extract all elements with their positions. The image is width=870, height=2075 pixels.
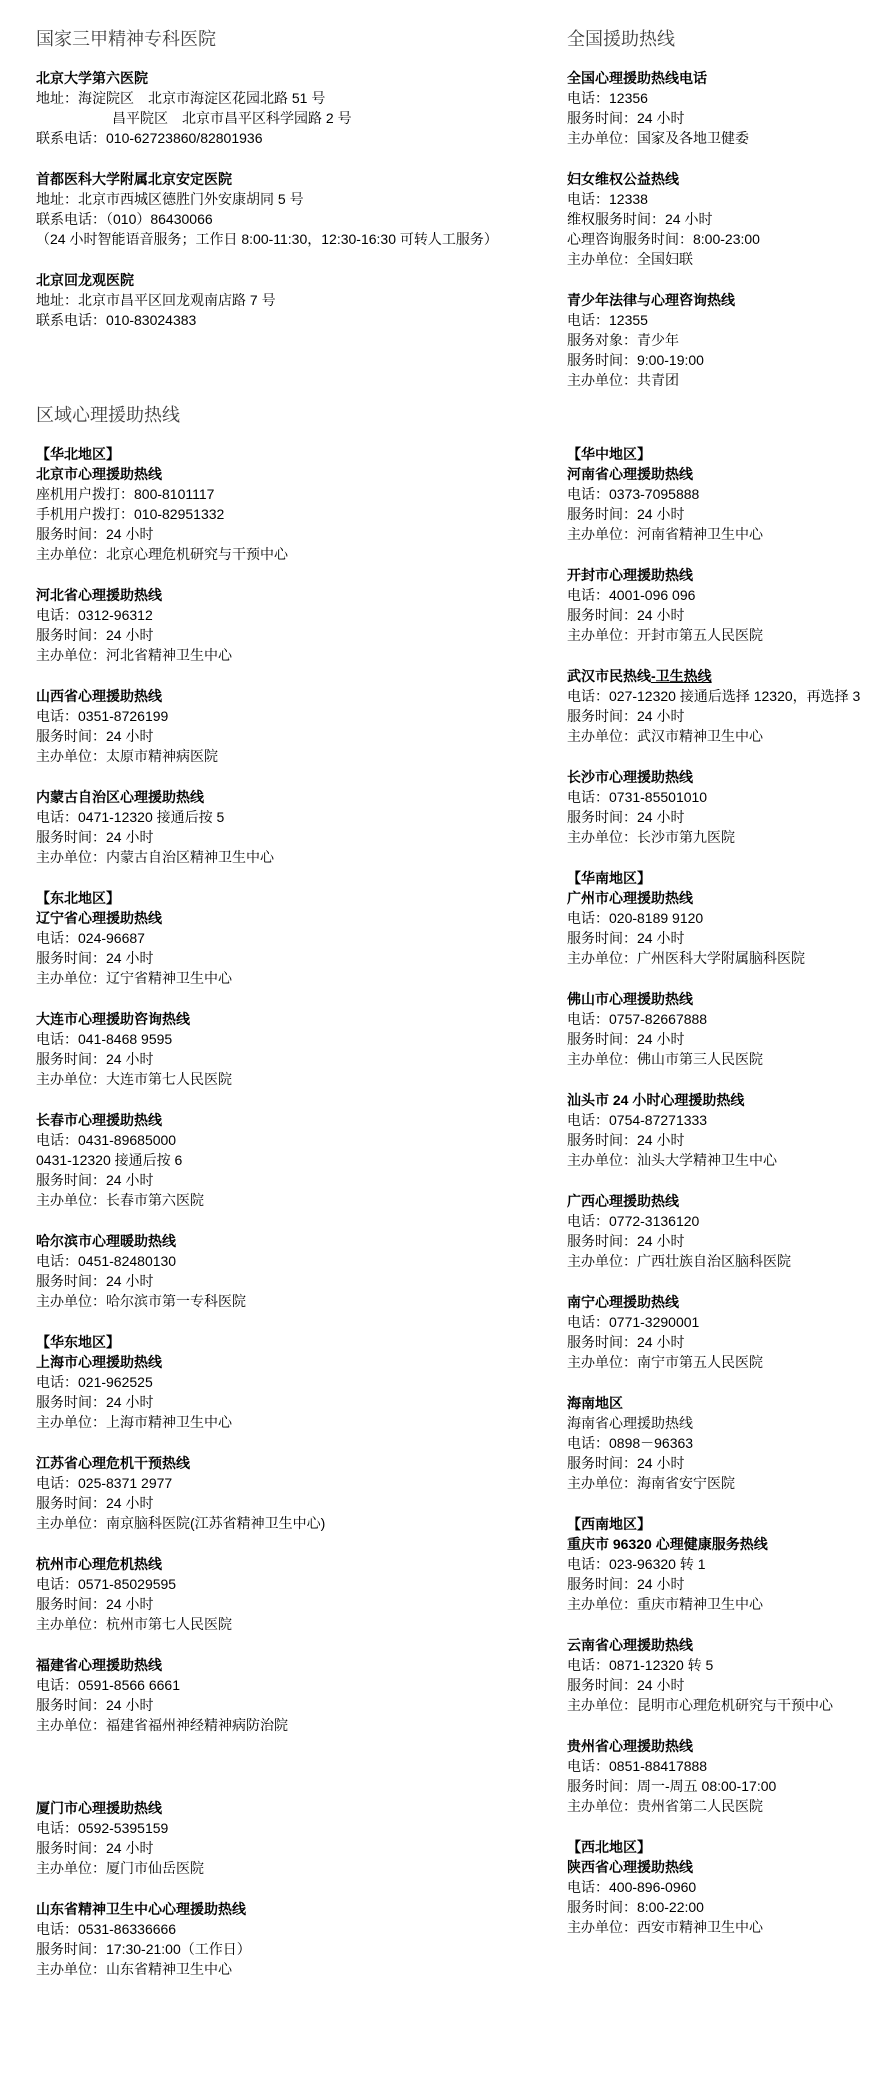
hotline-line: 电话：0851-88417888 <box>567 1756 867 1776</box>
region-label: 【西南地区】 <box>567 1514 867 1534</box>
hotline-line: 电话：0754-87271333 <box>567 1110 867 1130</box>
section-heading-national: 全国援助热线 <box>567 26 867 52</box>
hotline-entry: 开封市心理援助热线电话：4001-096 096服务时间：24 小时主办单位：开… <box>567 565 867 645</box>
hotline-title-text: 河北省心理援助热线 <box>36 587 162 603</box>
hotline-line: 联系电话：010-62723860/82801936 <box>36 128 466 148</box>
hotline-line: 维权服务时间：24 小时 <box>567 209 867 229</box>
hotline-line: 服务时间：24 小时 <box>36 1170 466 1190</box>
hotline-line: 主办单位：北京心理危机研究与干预中心 <box>36 544 466 564</box>
region-group: 【东北地区】辽宁省心理援助热线电话：024-96687服务时间：24 小时主办单… <box>36 888 466 1311</box>
hotline-title: 上海市心理援助热线 <box>36 1352 466 1372</box>
hotline-line: 电话：0351-8726199 <box>36 706 466 726</box>
hotline-line: 主办单位：汕头大学精神卫生中心 <box>567 1150 867 1170</box>
hotline-title-text: 厦门市心理援助热线 <box>36 1800 162 1816</box>
hotline-line: 电话：0471-12320 接通后按 5 <box>36 807 466 827</box>
hotline-title-text: 开封市心理援助热线 <box>567 567 693 583</box>
hotline-line: 服务时间：24 小时 <box>36 1271 466 1291</box>
hotline-line: 电话：12356 <box>567 88 867 108</box>
hotline-line: 服务时间：24 小时 <box>36 948 466 968</box>
hotline-line: 服务时间：24 小时 <box>567 605 867 625</box>
hotline-line: 主办单位：海南省安宁医院 <box>567 1473 867 1493</box>
hotline-line: 电话：0871-12320 转 5 <box>567 1655 867 1675</box>
hotline-title: 重庆市 96320 心理健康服务热线 <box>567 1534 867 1554</box>
hotline-title-text: 北京市心理援助热线 <box>36 466 162 482</box>
hotline-title-text: 内蒙古自治区心理援助热线 <box>36 789 204 805</box>
hotline-line: 服务时间：24 小时 <box>567 1029 867 1049</box>
hotline-title-text: 辽宁省心理援助热线 <box>36 910 162 926</box>
hotline-line: 主办单位：山东省精神卫生中心 <box>36 1959 466 1979</box>
hotline-line: 电话：0591-8566 6661 <box>36 1675 466 1695</box>
hotline-line: 服务时间：24 小时 <box>36 1049 466 1069</box>
hotline-line: 电话：0771-3290001 <box>567 1312 867 1332</box>
hotline-line: 地址：北京市昌平区回龙观南店路 7 号 <box>36 290 466 310</box>
hotline-line: 电话：025-8371 2977 <box>36 1473 466 1493</box>
hotline-title-text: 海南省心理援助热线 <box>567 1415 693 1431</box>
hotline-title-text: 广西心理援助热线 <box>567 1193 679 1209</box>
hotline-entry: 杭州市心理危机热线电话：0571-85029595服务时间：24 小时主办单位：… <box>36 1554 466 1634</box>
hotline-line: 地址：北京市西城区德胜门外安康胡同 5 号 <box>36 189 466 209</box>
hotline-line: 联系电话：（010）86430066 <box>36 209 466 229</box>
hotline-entry: 河南省心理援助热线电话：0373-7095888服务时间：24 小时主办单位：河… <box>567 464 867 544</box>
hotline-entry: 陕西省心理援助热线电话：400-896-0960服务时间：8:00-22:00主… <box>567 1857 867 1937</box>
hotline-title-text: 贵州省心理援助热线 <box>567 1738 693 1754</box>
hotline-title: 首都医科大学附属北京安定医院 <box>36 169 466 189</box>
hotline-line: 电话：400-896-0960 <box>567 1877 867 1897</box>
hotline-entry: 哈尔滨市心理暖助热线电话：0451-82480130服务时间：24 小时主办单位… <box>36 1231 466 1311</box>
hotline-title: 北京回龙观医院 <box>36 270 466 290</box>
hotline-line: 服务时间：24 小时 <box>36 1838 466 1858</box>
hotline-title-text: 长沙市心理援助热线 <box>567 769 693 785</box>
hotline-title: 福建省心理援助热线 <box>36 1655 466 1675</box>
hotline-entry: 辽宁省心理援助热线电话：024-96687服务时间：24 小时主办单位：辽宁省精… <box>36 908 466 988</box>
hotline-title: 河南省心理援助热线 <box>567 464 867 484</box>
hotline-line: 主办单位：厦门市仙岳医院 <box>36 1858 466 1878</box>
hotline-title-text: 青少年法律与心理咨询热线 <box>567 292 735 308</box>
hotline-title: 河北省心理援助热线 <box>36 585 466 605</box>
hotline-line: 主办单位：河北省精神卫生中心 <box>36 645 466 665</box>
section-heading-regional: 区域心理援助热线 <box>36 402 466 428</box>
hotline-entry: 北京市心理援助热线座机用户拨打：800-8101117手机用户拨打：010-82… <box>36 464 466 564</box>
section-heading-hospitals: 国家三甲精神专科医院 <box>36 26 466 52</box>
hotline-line: 主办单位：河南省精神卫生中心 <box>567 524 867 544</box>
hotline-title: 长沙市心理援助热线 <box>567 767 867 787</box>
hotline-line: 服务时间：周一-周五 08:00-17:00 <box>567 1776 867 1796</box>
hospital-list: 北京大学第六医院地址：海淀院区 北京市海淀区花园北路 51 号昌平院区 北京市昌… <box>36 68 466 330</box>
hotline-line: 服务时间：24 小时 <box>567 504 867 524</box>
hotline-line: 电话：0312-96312 <box>36 605 466 625</box>
hotline-line: 主办单位：南京脑科医院(江苏省精神卫生中心) <box>36 1513 466 1533</box>
hotline-line: 主办单位：武汉市精神卫生中心 <box>567 726 867 746</box>
hotline-title-text: 大连市心理援助咨询热线 <box>36 1011 190 1027</box>
hotline-line: 电话：0571-85029595 <box>36 1574 466 1594</box>
hotline-title: 北京大学第六医院 <box>36 68 466 88</box>
hotline-line: 电话：0592-5395159 <box>36 1818 466 1838</box>
hotline-title: 全国心理援助热线电话 <box>567 68 867 88</box>
hotline-line: 主办单位：全国妇联 <box>567 249 867 269</box>
hotline-line: 服务时间：24 小时 <box>36 726 466 746</box>
hotline-line: 主办单位：昆明市心理危机研究与干预中心 <box>567 1695 867 1715</box>
hotline-entry: 广西心理援助热线电话：0772-3136120服务时间：24 小时主办单位：广西… <box>567 1191 867 1271</box>
hotline-entry: 广州市心理援助热线电话：020-8189 9120服务时间：24 小时主办单位：… <box>567 888 867 968</box>
hotline-entry: 内蒙古自治区心理援助热线电话：0471-12320 接通后按 5服务时间：24 … <box>36 787 466 867</box>
hotline-line: 服务时间：24 小时 <box>567 928 867 948</box>
document-page: 国家三甲精神专科医院 北京大学第六医院地址：海淀院区 北京市海淀区花园北路 51… <box>0 0 870 2075</box>
hotline-line: 服务时间：24 小时 <box>567 1332 867 1352</box>
hotline-title-text: 北京大学第六医院 <box>36 70 148 86</box>
hotline-line: 服务时间：24 小时 <box>36 1493 466 1513</box>
hotline-line: 主办单位：太原市精神病医院 <box>36 746 466 766</box>
hotline-line: 电话：021-962525 <box>36 1372 466 1392</box>
hotline-line: 主办单位：西安市精神卫生中心 <box>567 1917 867 1937</box>
hotline-title: 广西心理援助热线 <box>567 1191 867 1211</box>
national-hotline-list: 全国心理援助热线电话电话：12356服务时间：24 小时主办单位：国家及各地卫健… <box>567 68 867 390</box>
hotline-line: 电话：0731-85501010 <box>567 787 867 807</box>
hotline-line: 主办单位：长沙市第九医院 <box>567 827 867 847</box>
hotline-line: 服务时间：24 小时 <box>567 108 867 128</box>
hotline-entry: 厦门市心理援助热线电话：0592-5395159服务时间：24 小时主办单位：厦… <box>36 1798 466 1878</box>
hotline-line: 电话：12355 <box>567 310 867 330</box>
hotline-entry: 福建省心理援助热线电话：0591-8566 6661服务时间：24 小时主办单位… <box>36 1655 466 1735</box>
hotline-entry: 山东省精神卫生中心心理援助热线电话：0531-86336666服务时间：17:3… <box>36 1899 466 1979</box>
hotline-title: 长春市心理援助热线 <box>36 1110 466 1130</box>
hotline-line: 主办单位：南宁市第五人民医院 <box>567 1352 867 1372</box>
hotline-line: 服务时间：24 小时 <box>567 1453 867 1473</box>
hotline-line: 电话：12338 <box>567 189 867 209</box>
hotline-line: 服务时间：24 小时 <box>567 1675 867 1695</box>
hotline-entry: 北京大学第六医院地址：海淀院区 北京市海淀区花园北路 51 号昌平院区 北京市昌… <box>36 68 466 148</box>
hotline-line: 电话：0531-86336666 <box>36 1919 466 1939</box>
section-gap <box>567 411 867 444</box>
entry-gap <box>36 1756 466 1798</box>
hotline-title-text: 山东省精神卫生中心心理援助热线 <box>36 1901 246 1917</box>
hotline-line: 座机用户拨打：800-8101117 <box>36 484 466 504</box>
hotline-entry: 大连市心理援助咨询热线电话：041-8468 9595服务时间：24 小时主办单… <box>36 1009 466 1089</box>
hotline-title-text: 杭州市心理危机热线 <box>36 1556 162 1572</box>
hotline-line: 电话：023-96320 转 1 <box>567 1554 867 1574</box>
hotline-title: 厦门市心理援助热线 <box>36 1798 466 1818</box>
hotline-line: 服务时间：24 小时 <box>36 625 466 645</box>
hotline-title: 江苏省心理危机干预热线 <box>36 1453 466 1473</box>
hotline-entry: 妇女维权公益热线电话：12338维权服务时间：24 小时心理咨询服务时间：8:0… <box>567 169 867 269</box>
hotline-entry: 云南省心理援助热线电话：0871-12320 转 5服务时间：24 小时主办单位… <box>567 1635 867 1715</box>
hotline-title: 辽宁省心理援助热线 <box>36 908 466 928</box>
hotline-title-text: 山西省心理援助热线 <box>36 688 162 704</box>
hotline-entry: 江苏省心理危机干预热线电话：025-8371 2977服务时间：24 小时主办单… <box>36 1453 466 1533</box>
hotline-line: 联系电话：010-83024383 <box>36 310 466 330</box>
hotline-line: 服务时间：24 小时 <box>36 524 466 544</box>
hotline-title: 杭州市心理危机热线 <box>36 1554 466 1574</box>
hotline-line: 服务时间：24 小时 <box>567 1574 867 1594</box>
region-label: 【西北地区】 <box>567 1837 867 1857</box>
hotline-line: 电话：020-8189 9120 <box>567 908 867 928</box>
hotline-entry: 重庆市 96320 心理健康服务热线电话：023-96320 转 1服务时间：2… <box>567 1534 867 1614</box>
hotline-title-text: 妇女维权公益热线 <box>567 171 679 187</box>
region-group: 海南地区海南省心理援助热线电话：0898－96363服务时间：24 小时主办单位… <box>567 1393 867 1493</box>
region-label: 【华北地区】 <box>36 444 466 464</box>
hotline-line: 电话：0451-82480130 <box>36 1251 466 1271</box>
hotline-entry: 山西省心理援助热线电话：0351-8726199服务时间：24 小时主办单位：太… <box>36 686 466 766</box>
hotline-line: 电话：041-8468 9595 <box>36 1029 466 1049</box>
hotline-title-text: 江苏省心理危机干预热线 <box>36 1455 190 1471</box>
region-label: 【东北地区】 <box>36 888 466 908</box>
hotline-entry: 长沙市心理援助热线电话：0731-85501010服务时间：24 小时主办单位：… <box>567 767 867 847</box>
hotline-title-text: 南宁心理援助热线 <box>567 1294 679 1310</box>
hotline-line: 服务时间：24 小时 <box>36 1594 466 1614</box>
hotline-title-text: 首都医科大学附属北京安定医院 <box>36 171 232 187</box>
hotline-entry: 河北省心理援助热线电话：0312-96312服务时间：24 小时主办单位：河北省… <box>36 585 466 665</box>
hotline-title-text: 广州市心理援助热线 <box>567 890 693 906</box>
region-label: 【华中地区】 <box>567 444 867 464</box>
hotline-line: 地址：海淀院区 北京市海淀区花园北路 51 号 <box>36 88 466 108</box>
hotline-line: 服务时间：24 小时 <box>36 1392 466 1412</box>
hotline-line: 主办单位：内蒙古自治区精神卫生中心 <box>36 847 466 867</box>
hotline-line: 主办单位：重庆市精神卫生中心 <box>567 1594 867 1614</box>
region-group: 【华南地区】广州市心理援助热线电话：020-8189 9120服务时间：24 小… <box>567 868 867 1372</box>
hotline-entry: 长春市心理援助热线电话：0431-896850000431-12320 接通后按… <box>36 1110 466 1210</box>
hotline-title-text: 云南省心理援助热线 <box>567 1637 693 1653</box>
hotline-title: 山东省精神卫生中心心理援助热线 <box>36 1899 466 1919</box>
hotline-title-text: 北京回龙观医院 <box>36 272 134 288</box>
hotline-entry: 青少年法律与心理咨询热线电话：12355服务对象：青少年服务时间：9:00-19… <box>567 290 867 390</box>
hotline-title: 南宁心理援助热线 <box>567 1292 867 1312</box>
hotline-line: 电话：0431-89685000 <box>36 1130 466 1150</box>
hotline-title: 海南省心理援助热线 <box>567 1413 867 1433</box>
hotline-line: 服务时间：24 小时 <box>567 1231 867 1251</box>
hotline-line: 服务时间：24 小时 <box>567 807 867 827</box>
hotline-line: 主办单位：佛山市第三人民医院 <box>567 1049 867 1069</box>
hotline-entry: 北京回龙观医院地址：北京市昌平区回龙观南店路 7 号联系电话：010-83024… <box>36 270 466 330</box>
hotline-line: 主办单位：国家及各地卫健委 <box>567 128 867 148</box>
hotline-title: 陕西省心理援助热线 <box>567 1857 867 1877</box>
hotline-title-text: 全国心理援助热线电话 <box>567 70 707 86</box>
hotline-line: 电话：0898－96363 <box>567 1433 867 1453</box>
hotline-line: 电话：0373-7095888 <box>567 484 867 504</box>
hotline-title: 佛山市心理援助热线 <box>567 989 867 1009</box>
hotline-entry: 全国心理援助热线电话电话：12356服务时间：24 小时主办单位：国家及各地卫健… <box>567 68 867 148</box>
hotline-title: 广州市心理援助热线 <box>567 888 867 908</box>
hotline-title: 北京市心理援助热线 <box>36 464 466 484</box>
hotline-title: 汕头市 24 小时心理援助热线 <box>567 1090 867 1110</box>
hotline-line: 服务时间：17:30-21:00（工作日） <box>36 1939 466 1959</box>
hotline-line: 主办单位：长春市第六医院 <box>36 1190 466 1210</box>
hotline-title-text: 汕头市 24 小时心理援助热线 <box>567 1092 744 1108</box>
hotline-title-text: 上海市心理援助热线 <box>36 1354 162 1370</box>
hotline-line: 昌平院区 北京市昌平区科学园路 2 号 <box>36 108 466 128</box>
hotline-title: 武汉市民热线-卫生热线 <box>567 666 867 686</box>
hotline-entry: 武汉市民热线-卫生热线电话：027-12320 接通后选择 12320，再选择 … <box>567 666 867 746</box>
hotline-line: 手机用户拨打：010-82951332 <box>36 504 466 524</box>
hotline-title: 贵州省心理援助热线 <box>567 1736 867 1756</box>
regional-hotline-list-right: 【华中地区】河南省心理援助热线电话：0373-7095888服务时间：24 小时… <box>567 411 867 1937</box>
region-group: 【华东地区】上海市心理援助热线电话：021-962525服务时间：24 小时主办… <box>36 1332 466 1979</box>
left-column: 国家三甲精神专科医院 北京大学第六医院地址：海淀院区 北京市海淀区花园北路 51… <box>36 0 466 2000</box>
hotline-line: 电话：0757-82667888 <box>567 1009 867 1029</box>
hotline-title-text: 武汉市民热线 <box>567 668 651 684</box>
hotline-title-text: 福建省心理援助热线 <box>36 1657 162 1673</box>
hotline-line: 主办单位：哈尔滨市第一专科医院 <box>36 1291 466 1311</box>
hotline-line: 主办单位：贵州省第二人民医院 <box>567 1796 867 1816</box>
hotline-line: 服务时间：9:00-19:00 <box>567 350 867 370</box>
hotline-line: 电话：4001-096 096 <box>567 585 867 605</box>
hotline-line: 主办单位：辽宁省精神卫生中心 <box>36 968 466 988</box>
hotline-line: （24 小时智能语音服务；工作日 8:00-11:30，12:30-16:30 … <box>36 229 466 249</box>
hotline-line: 心理咨询服务时间：8:00-23:00 <box>567 229 867 249</box>
hotline-entry: 贵州省心理援助热线电话：0851-88417888服务时间：周一-周五 08:0… <box>567 1736 867 1816</box>
hotline-line: 主办单位：杭州市第七人民医院 <box>36 1614 466 1634</box>
right-column: 全国援助热线 全国心理援助热线电话电话：12356服务时间：24 小时主办单位：… <box>567 0 867 1958</box>
hotline-line: 主办单位：广西壮族自治区脑科医院 <box>567 1251 867 1271</box>
hotline-entry: 海南省心理援助热线电话：0898－96363服务时间：24 小时主办单位：海南省… <box>567 1413 867 1493</box>
region-group: 【华北地区】北京市心理援助热线座机用户拨打：800-8101117手机用户拨打：… <box>36 444 466 867</box>
hotline-title-underline: -卫生热线 <box>651 668 712 684</box>
hotline-line: 服务时间：24 小时 <box>36 1695 466 1715</box>
region-group: 【西南地区】重庆市 96320 心理健康服务热线电话：023-96320 转 1… <box>567 1514 867 1816</box>
hotline-line: 主办单位：开封市第五人民医院 <box>567 625 867 645</box>
hotline-line: 服务时间：24 小时 <box>567 1130 867 1150</box>
hotline-title: 内蒙古自治区心理援助热线 <box>36 787 466 807</box>
region-label: 海南地区 <box>567 1393 867 1413</box>
hotline-title: 山西省心理援助热线 <box>36 686 466 706</box>
hotline-line: 服务对象：青少年 <box>567 330 867 350</box>
hotline-line: 0431-12320 接通后按 6 <box>36 1150 466 1170</box>
region-label: 【华东地区】 <box>36 1332 466 1352</box>
hotline-entry: 首都医科大学附属北京安定医院地址：北京市西城区德胜门外安康胡同 5 号联系电话：… <box>36 169 466 249</box>
hotline-line: 主办单位：广州医科大学附属脑科医院 <box>567 948 867 968</box>
hotline-entry: 南宁心理援助热线电话：0771-3290001服务时间：24 小时主办单位：南宁… <box>567 1292 867 1372</box>
regional-hotline-list-left: 【华北地区】北京市心理援助热线座机用户拨打：800-8101117手机用户拨打：… <box>36 444 466 1979</box>
hotline-line: 电话：0772-3136120 <box>567 1211 867 1231</box>
hotline-line: 电话：024-96687 <box>36 928 466 948</box>
hotline-line: 电话：027-12320 接通后选择 12320，再选择 3 <box>567 686 867 706</box>
hotline-line: 服务时间：24 小时 <box>567 706 867 726</box>
hotline-title: 妇女维权公益热线 <box>567 169 867 189</box>
hotline-title-text: 长春市心理援助热线 <box>36 1112 162 1128</box>
hotline-title-text: 佛山市心理援助热线 <box>567 991 693 1007</box>
hotline-title: 云南省心理援助热线 <box>567 1635 867 1655</box>
hotline-title: 青少年法律与心理咨询热线 <box>567 290 867 310</box>
hotline-title-text: 河南省心理援助热线 <box>567 466 693 482</box>
region-label: 【华南地区】 <box>567 868 867 888</box>
hotline-line: 主办单位：福建省福州神经精神病防治院 <box>36 1715 466 1735</box>
hotline-entry: 汕头市 24 小时心理援助热线电话：0754-87271333服务时间：24 小… <box>567 1090 867 1170</box>
hotline-title: 哈尔滨市心理暖助热线 <box>36 1231 466 1251</box>
hotline-title: 大连市心理援助咨询热线 <box>36 1009 466 1029</box>
hotline-title: 开封市心理援助热线 <box>567 565 867 585</box>
hotline-line: 主办单位：大连市第七人民医院 <box>36 1069 466 1089</box>
hotline-line: 主办单位：上海市精神卫生中心 <box>36 1412 466 1432</box>
hotline-entry: 上海市心理援助热线电话：021-962525服务时间：24 小时主办单位：上海市… <box>36 1352 466 1432</box>
region-group: 【西北地区】陕西省心理援助热线电话：400-896-0960服务时间：8:00-… <box>567 1837 867 1937</box>
hotline-title-text: 重庆市 96320 心理健康服务热线 <box>567 1536 768 1552</box>
hotline-title-text: 陕西省心理援助热线 <box>567 1859 693 1875</box>
hotline-entry: 佛山市心理援助热线电话：0757-82667888服务时间：24 小时主办单位：… <box>567 989 867 1069</box>
region-group: 【华中地区】河南省心理援助热线电话：0373-7095888服务时间：24 小时… <box>567 444 867 847</box>
hotline-title-text: 哈尔滨市心理暖助热线 <box>36 1233 176 1249</box>
hotline-line: 服务时间：24 小时 <box>36 827 466 847</box>
hotline-line: 主办单位：共青团 <box>567 370 867 390</box>
hotline-line: 服务时间：8:00-22:00 <box>567 1897 867 1917</box>
